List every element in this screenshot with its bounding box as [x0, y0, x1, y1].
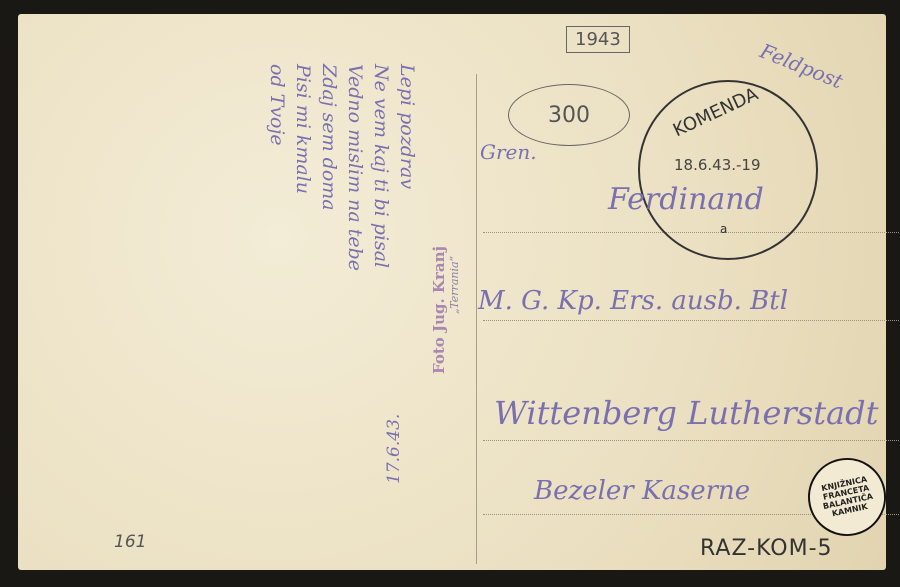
recipient-name: Ferdinand — [608, 182, 764, 217]
recipient-unit: M. G. Kp. Ers. ausb. Btl — [478, 286, 788, 316]
feldpost-label: Feldpost — [757, 39, 847, 94]
postcard-back: 1943 300 Feldpost KOMENDA 18.6.43.-19 a … — [18, 14, 886, 570]
date-written: 17.6.43. — [384, 414, 404, 484]
message-line: Vedno mislim na tebe — [344, 64, 366, 271]
recipient-city: Wittenberg Lutherstadt — [494, 394, 878, 432]
message-line: Zdaj sem doma — [318, 64, 340, 271]
message-line: Ne vem kaj ti bi pisal — [370, 64, 392, 271]
message-line: Pisi mi kmalu — [292, 64, 314, 271]
archive-code: RAZ-KOM-5 — [700, 536, 833, 561]
recipient-rank: Gren. — [480, 140, 537, 164]
postmark-suffix: a — [720, 222, 727, 236]
address-line — [483, 440, 900, 441]
publisher-sub: „Terrania“ — [448, 256, 461, 314]
year-box: 1943 — [566, 26, 630, 53]
postmark: KOMENDA 18.6.43.-19 a — [638, 80, 818, 260]
message-line: od Tvoje — [266, 64, 288, 271]
circled-number: 300 — [508, 84, 630, 146]
postmark-town: KOMENDA — [670, 84, 762, 142]
address-line — [483, 320, 900, 321]
postmark-date: 18.6.43.-19 — [674, 156, 761, 174]
recipient-barracks: Bezeler Kaserne — [534, 476, 750, 506]
message-line: Lepi pozdrav — [396, 64, 418, 271]
archive-number: 161 — [114, 532, 146, 552]
divider-line — [476, 74, 477, 564]
